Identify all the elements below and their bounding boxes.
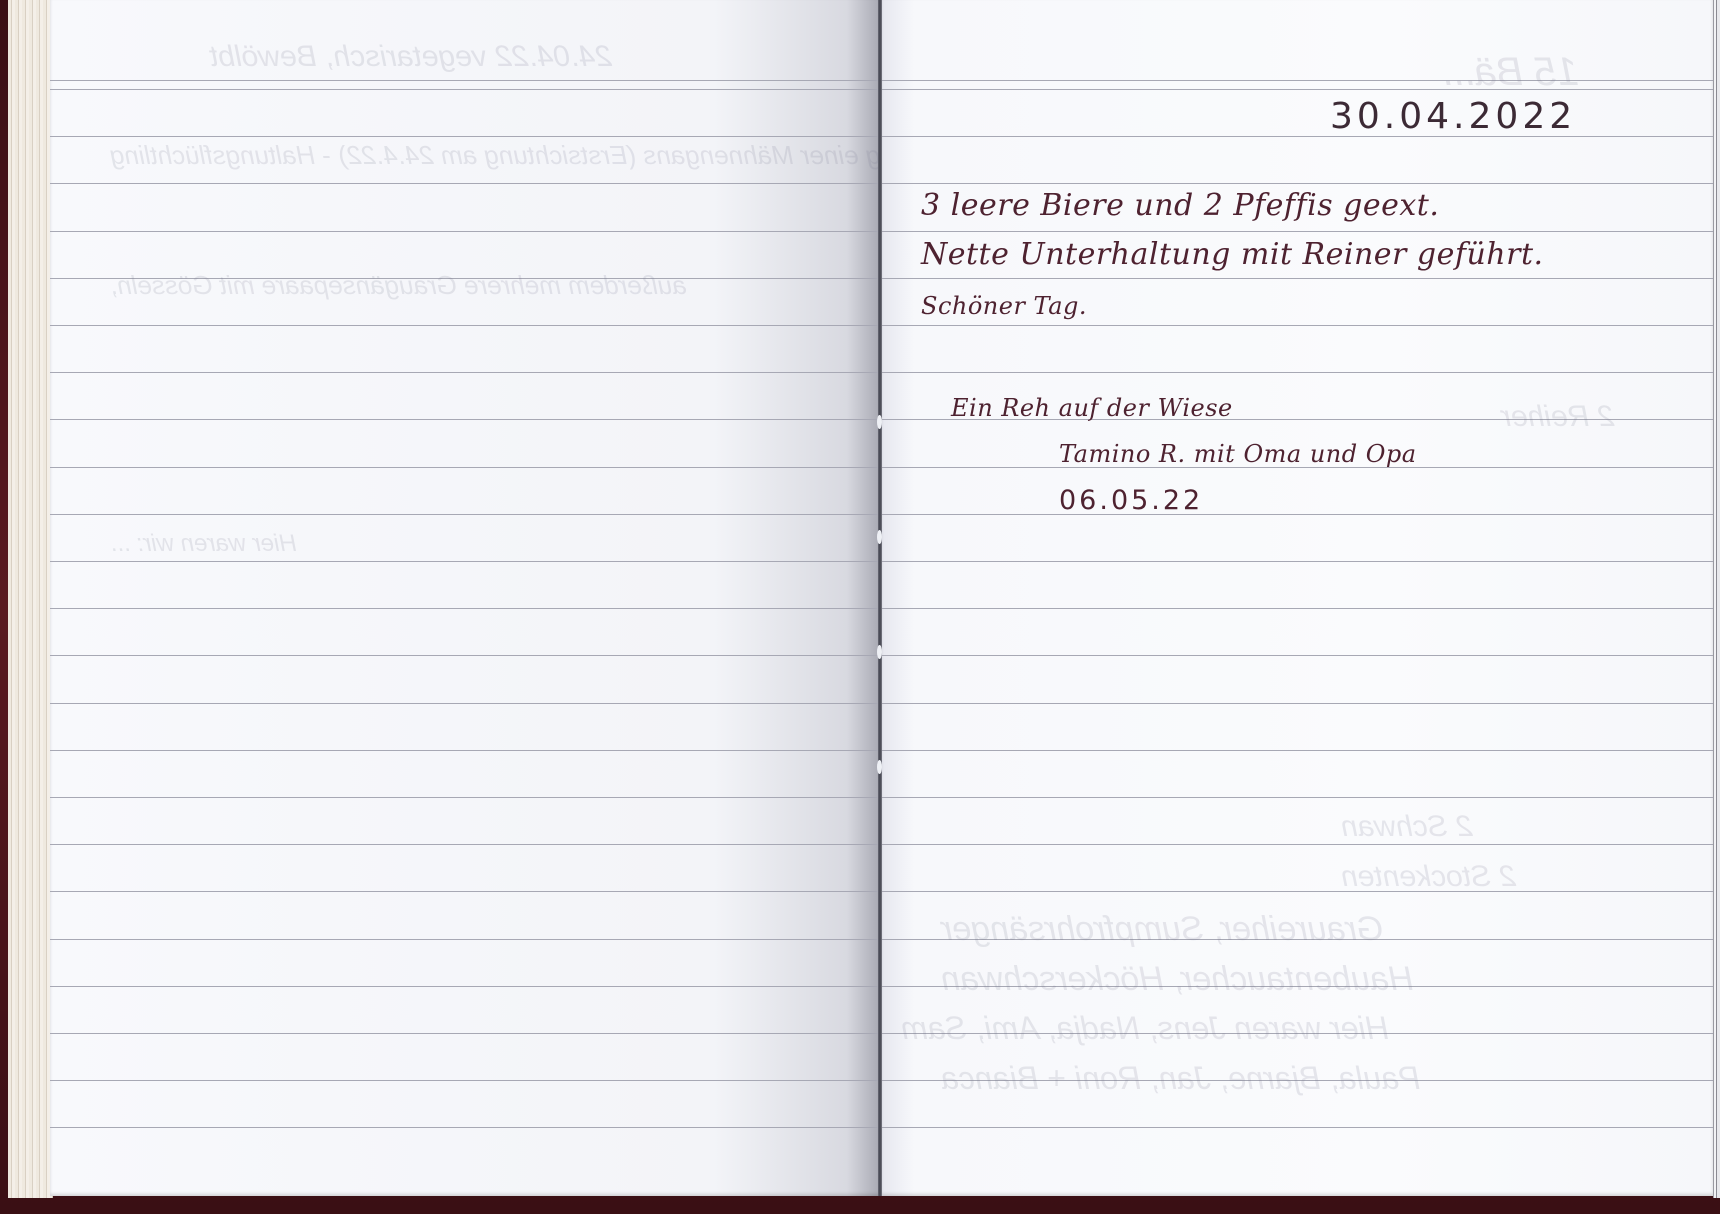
ruled-line — [881, 231, 1713, 232]
ruled-line — [881, 136, 1713, 137]
ruled-line — [881, 655, 1713, 656]
ruled-line — [50, 80, 880, 81]
ruled-line — [50, 1080, 880, 1081]
book-gutter — [878, 0, 882, 1196]
ruled-line — [881, 80, 1713, 81]
ruled-line — [50, 939, 880, 940]
show-through-text: 24.04.22 vegetarisch, Bewölbt — [210, 40, 612, 74]
ruled-line — [881, 750, 1713, 751]
ruled-line — [50, 1033, 880, 1034]
show-through-text: außerdem mehrere Graugänsepaare mit Göss… — [110, 270, 687, 301]
ruled-line — [881, 278, 1713, 279]
stitch-hole — [877, 415, 882, 429]
right-page: 15 Bä... 2 Reiher 2 Schwan 2 Stockenten … — [881, 0, 1713, 1196]
ruled-line — [881, 797, 1713, 798]
ruled-line — [50, 419, 880, 420]
ruled-line — [50, 514, 880, 515]
left-page: 24.04.22 vegetarisch, Bewölbt Sichtung e… — [50, 0, 880, 1196]
ruled-line — [50, 891, 880, 892]
ruled-line — [881, 703, 1713, 704]
ruled-line — [50, 231, 880, 232]
show-through-text: Hier waren Jens, Nadja, Ami, Sam — [901, 1010, 1389, 1047]
entry-line: Nette Unterhaltung mit Reiner geführt. — [921, 237, 1544, 272]
ruled-line — [881, 561, 1713, 562]
note-date: 06.05.22 — [1059, 485, 1203, 516]
ruled-line — [881, 183, 1713, 184]
ruled-line — [50, 183, 880, 184]
ruled-line — [50, 655, 880, 656]
note-title: Ein Reh auf der Wiese — [951, 394, 1233, 422]
ruled-line — [50, 325, 880, 326]
stitch-hole — [877, 530, 882, 544]
show-through-text: Paula, Bjarne, Jan, Roni + Bianca — [941, 1060, 1420, 1097]
show-through-text: 15 Bä... — [1441, 50, 1579, 95]
ruled-line — [881, 89, 1713, 90]
page-stack-edge — [8, 0, 53, 1198]
ruled-line — [50, 844, 880, 845]
ruled-line — [881, 1127, 1713, 1128]
show-through-text: 2 Reiher — [1501, 400, 1614, 434]
ruled-line — [50, 1127, 880, 1128]
right-page-edge — [1713, 0, 1720, 1198]
show-through-text: 2 Schwan — [1341, 810, 1473, 844]
note-author: Tamino R. mit Oma und Opa — [1059, 440, 1417, 468]
ruled-line — [50, 750, 880, 751]
stitch-hole — [877, 760, 882, 774]
show-through-text: Hier waren wir: ... — [110, 530, 297, 558]
show-through-text: 2 Stockenten — [1341, 860, 1516, 894]
ruled-line — [50, 703, 880, 704]
ruled-line — [50, 797, 880, 798]
show-through-text: Graureiher, Sumpfrohrsänger — [941, 910, 1383, 949]
ruled-line — [50, 561, 880, 562]
ruled-line — [881, 844, 1713, 845]
entry-date-heading: 30.04.2022 — [1330, 96, 1576, 137]
ruled-line — [881, 372, 1713, 373]
ruled-line — [50, 986, 880, 987]
ruled-line — [50, 608, 880, 609]
ruled-line — [881, 514, 1713, 515]
ruled-line — [881, 325, 1713, 326]
ruled-line — [50, 136, 880, 137]
ruled-line — [50, 467, 880, 468]
entry-line: 3 leere Biere und 2 Pfeffis geext. — [921, 188, 1439, 223]
ruled-line — [50, 372, 880, 373]
ruled-line — [881, 891, 1713, 892]
ruled-line — [881, 608, 1713, 609]
stitch-hole — [877, 645, 882, 659]
entry-line: Schöner Tag. — [921, 292, 1087, 320]
show-through-text: Haubentaucher, Höckerschwan — [941, 960, 1414, 999]
show-through-text: Sichtung einer Mähnengans (Erstsichtung … — [110, 140, 880, 171]
ruled-line — [50, 89, 880, 90]
